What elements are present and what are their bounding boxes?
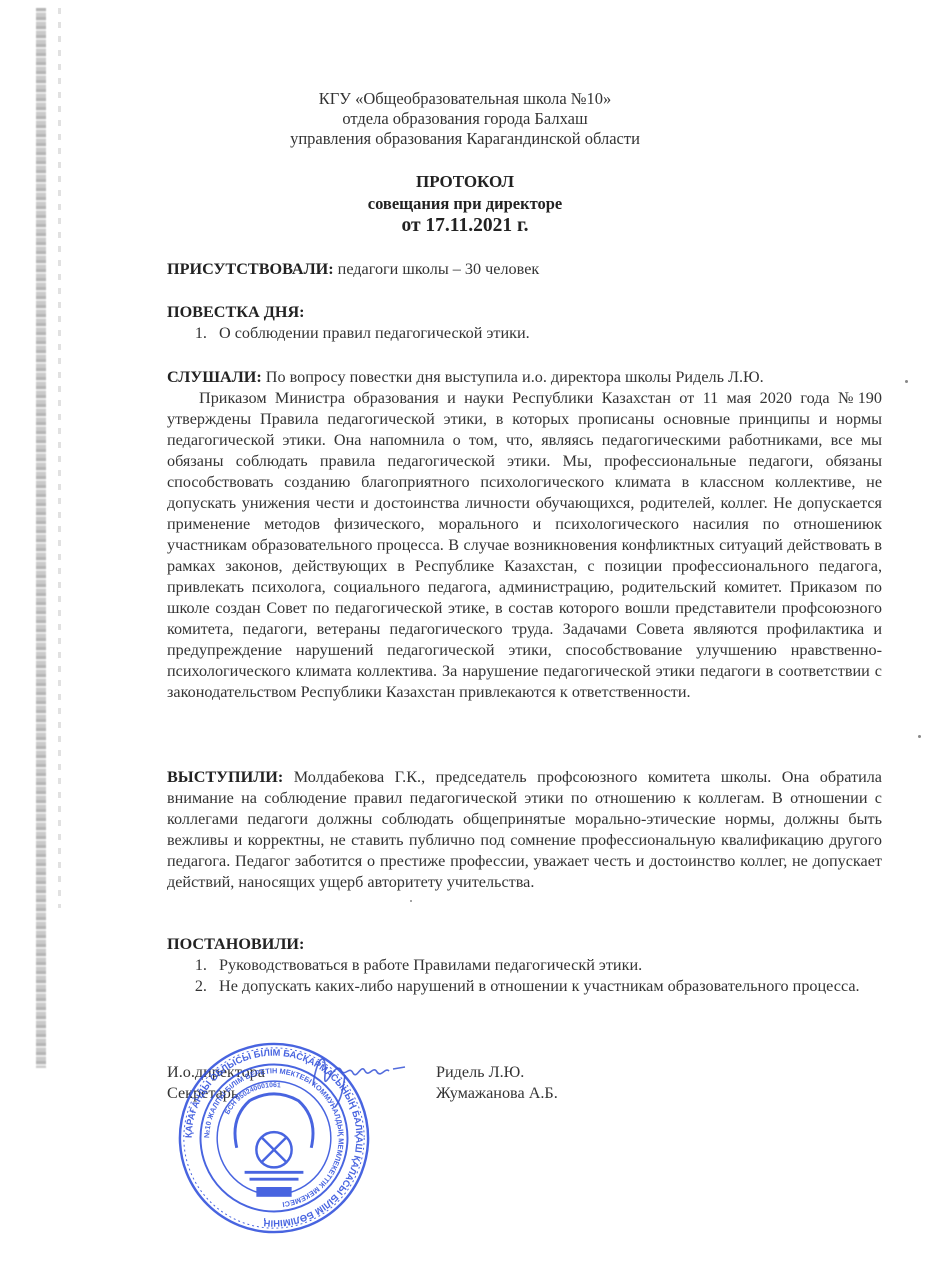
agenda-item: О соблюдении правил педагогической этики… xyxy=(211,323,882,344)
attended-section: ПРИСУТСТВОВАЛИ: педагоги школы – 30 чело… xyxy=(167,259,882,280)
resolved-label: ПОСТАНОВИЛИ: xyxy=(167,934,882,955)
heard-intro: По вопросу повестки дня выступила и.о. д… xyxy=(262,368,764,386)
resolved-item: Руководствоваться в работе Правилами пед… xyxy=(211,955,882,976)
attended-text: педагоги школы – 30 человек xyxy=(334,260,540,278)
heard-label: СЛУШАЛИ: xyxy=(167,368,262,386)
heard-body: Приказом Министра образования и науки Ре… xyxy=(167,388,882,703)
document-date: от 17.11.2021 г. xyxy=(0,214,930,238)
scan-edge-artifact xyxy=(36,8,46,1068)
resolved-item: Не допускать каких-либо нарушений в отно… xyxy=(211,976,882,997)
resolved-list: Руководствоваться в работе Правилами пед… xyxy=(167,955,882,997)
resolved-section: ПОСТАНОВИЛИ: Руководствоваться в работе … xyxy=(167,934,882,997)
org-line: КГУ «Общеобразовательная школа №10» xyxy=(0,89,930,109)
agenda-list: О соблюдении правил педагогической этики… xyxy=(167,323,882,344)
attended-label: ПРИСУТСТВОВАЛИ: xyxy=(167,260,334,278)
spoke-section: ВЫСТУПИЛИ: Молдабекова Г.К., председател… xyxy=(167,767,882,893)
spoke-label: ВЫСТУПИЛИ: xyxy=(167,768,283,786)
document-title: ПРОТОКОЛ xyxy=(0,172,930,192)
signature-names: Ридель Л.Ю. Жумажанова А.Б. xyxy=(436,1062,558,1104)
signature-name: Ридель Л.Ю. xyxy=(436,1062,558,1083)
scan-speck xyxy=(410,900,412,902)
signature-scribble-icon xyxy=(305,1045,425,1115)
scan-speck xyxy=(918,735,921,738)
org-line: управления образования Карагандинской об… xyxy=(0,129,930,149)
org-line: отдела образования города Балхаш xyxy=(0,109,930,129)
document-subtitle: совещания при директоре xyxy=(0,194,930,214)
agenda-section: ПОВЕСТКА ДНЯ: О соблюдении правил педаго… xyxy=(167,302,882,344)
spoke-text: Молдабекова Г.К., председатель профсоюзн… xyxy=(167,768,882,891)
organization-header: КГУ «Общеобразовательная школа №10» отде… xyxy=(0,89,930,149)
heard-section: СЛУШАЛИ: По вопросу повестки дня выступи… xyxy=(167,367,882,703)
signature-name: Жумажанова А.Б. xyxy=(436,1083,558,1104)
scan-speck xyxy=(905,380,908,383)
agenda-label: ПОВЕСТКА ДНЯ: xyxy=(167,302,882,323)
